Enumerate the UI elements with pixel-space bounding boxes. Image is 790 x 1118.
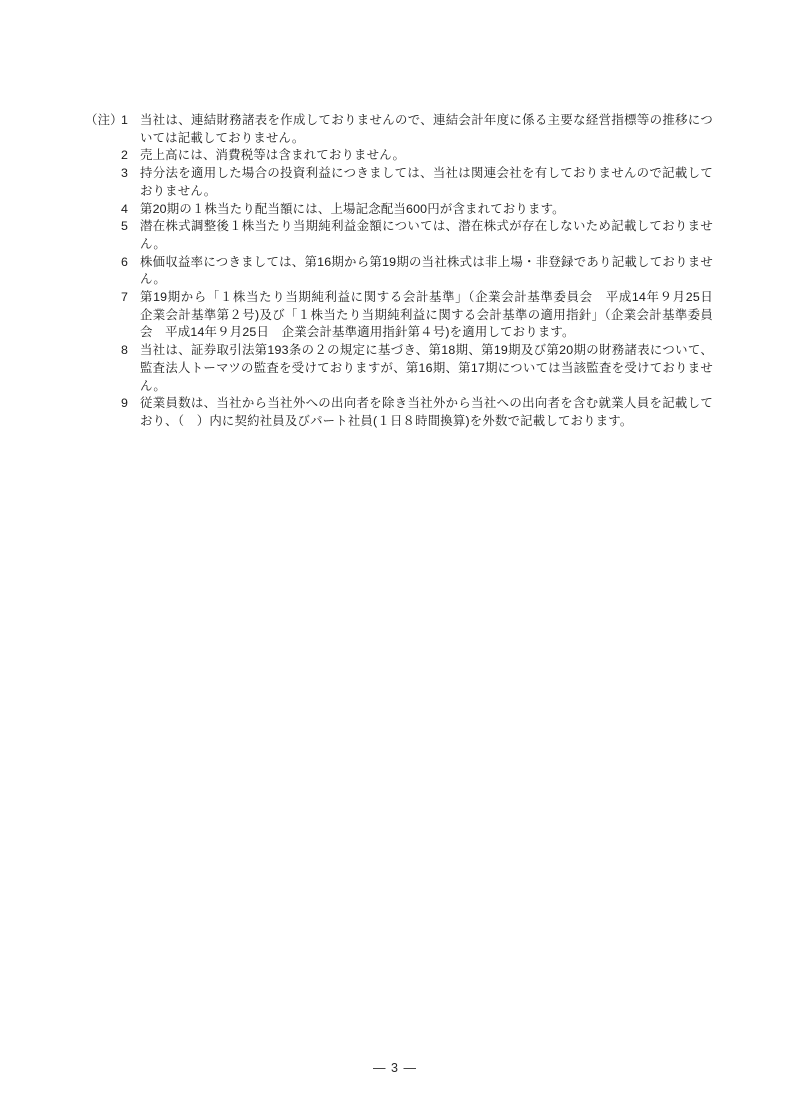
note-label: （注）: [85, 112, 121, 130]
note-item: 6 株価収益率につきましては、第16期から第19期の当社株式は非上場・非登録であ…: [85, 254, 713, 289]
note-number: 8: [121, 342, 140, 360]
note-text: 当社は、連結財務諸表を作成しておりませんので、連結会計年度に係る主要な経営指標等…: [140, 112, 713, 147]
note-item: 9 従業員数は、当社から当社外への出向者を除き当社外から当社への出向者を含む就業…: [85, 395, 713, 430]
note-text: 第20期の１株当たり配当額には、上場記念配当600円が含まれております。: [140, 201, 713, 219]
note-item: 4 第20期の１株当たり配当額には、上場記念配当600円が含まれております。: [85, 201, 713, 219]
note-text: 売上高には、消費税等は含まれておりません。: [140, 147, 713, 165]
note-text: 従業員数は、当社から当社外への出向者を除き当社外から当社への出向者を含む就業人員…: [140, 395, 713, 430]
note-number: 6: [121, 254, 140, 272]
document-page: （注） 1 当社は、連結財務諸表を作成しておりませんので、連結会計年度に係る主要…: [0, 0, 790, 1118]
note-text: 潜在株式調整後１株当たり当期純利益金額については、潜在株式が存在しないため記載し…: [140, 218, 713, 253]
note-item: 2 売上高には、消費税等は含まれておりません。: [85, 147, 713, 165]
note-number: 3: [121, 165, 140, 183]
note-text: 当社は、証券取引法第193条の２の規定に基づき、第18期、第19期及び第20期の…: [140, 342, 713, 395]
notes-section: （注） 1 当社は、連結財務諸表を作成しておりませんので、連結会計年度に係る主要…: [85, 112, 713, 431]
note-number: 9: [121, 395, 140, 413]
note-item: 3 持分法を適用した場合の投資利益につきましては、当社は関連会社を有しておりませ…: [85, 165, 713, 200]
note-text: 第19期から「１株当たり当期純利益に関する会計基準」（企業会計基準委員会 平成1…: [140, 289, 713, 342]
note-number: 1: [121, 112, 140, 130]
page-number: ― 3 ―: [0, 1060, 790, 1077]
note-text: 株価収益率につきましては、第16期から第19期の当社株式は非上場・非登録であり記…: [140, 254, 713, 289]
note-item: （注） 1 当社は、連結財務諸表を作成しておりませんので、連結会計年度に係る主要…: [85, 112, 713, 147]
note-number: 2: [121, 147, 140, 165]
note-item: 7 第19期から「１株当たり当期純利益に関する会計基準」（企業会計基準委員会 平…: [85, 289, 713, 342]
note-number: 7: [121, 289, 140, 307]
note-number: 4: [121, 201, 140, 219]
note-item: 5 潜在株式調整後１株当たり当期純利益金額については、潜在株式が存在しないため記…: [85, 218, 713, 253]
note-text: 持分法を適用した場合の投資利益につきましては、当社は関連会社を有しておりませんの…: [140, 165, 713, 200]
note-item: 8 当社は、証券取引法第193条の２の規定に基づき、第18期、第19期及び第20…: [85, 342, 713, 395]
note-number: 5: [121, 218, 140, 236]
